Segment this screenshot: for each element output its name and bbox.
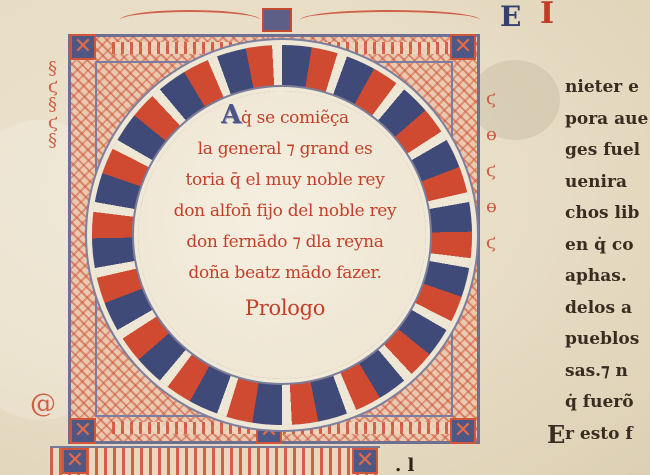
column-line: en q̇ co — [565, 230, 648, 262]
right-margin-flourish-icon: ϛɵϛɵϛ — [486, 90, 497, 252]
top-ornament-square — [262, 8, 292, 32]
column-line: aphas. — [565, 261, 648, 293]
parchment-stain — [470, 60, 560, 140]
column-line: ges fuel — [565, 135, 648, 167]
column-line: nieter e — [565, 72, 648, 104]
top-flourish-left — [120, 10, 260, 30]
cross-corner-bottom-right-icon: ✕ — [450, 418, 476, 444]
column-line: pora aue — [565, 104, 648, 136]
rubric-line-2: la general ⁊ grand es — [150, 134, 420, 165]
red-initial-i: I — [540, 0, 554, 31]
manuscript-page: ✕ ✕ ✕ ✕ ✕ Aq̇ se comiẽça la general ⁊ gr… — [0, 0, 650, 475]
cross-corner-top-left-icon: ✕ — [70, 34, 96, 60]
cross-corner-top-right-icon: ✕ — [450, 34, 476, 60]
lower-ornament-band — [50, 446, 380, 475]
column-line: Er esto f — [565, 419, 648, 451]
spiral-flourish-icon: @ — [30, 395, 56, 413]
medallion-rubric: Aq̇ se comiẽça la general ⁊ grand es tor… — [150, 100, 420, 324]
column-line: delos a — [565, 293, 648, 325]
top-flourish-right — [300, 10, 480, 30]
blue-initial-e: E — [500, 0, 521, 33]
blue-initial-letter: A — [221, 100, 241, 130]
cross-corner-lower-right-icon: ✕ — [352, 448, 378, 474]
prologo-heading: Prologo — [150, 293, 420, 324]
column-line-text: r esto f — [565, 424, 633, 444]
rubric-line-3: toria q̄ el muy noble rey — [150, 165, 420, 196]
rubric-line-5: don fernādo ⁊ dla reyna — [150, 227, 420, 258]
right-text-column: nieter e pora aue ges fuel uenira chos l… — [565, 72, 648, 450]
column-line: chos lib — [565, 198, 648, 230]
rubric-line-1-text: q̇ se comiẽça — [241, 108, 349, 128]
rubric-line-4: don alfon̄ fijo del noble rey — [150, 196, 420, 227]
column-line: pueblos — [565, 324, 648, 356]
cross-corner-lower-left-icon: ✕ — [62, 448, 88, 474]
cross-corner-bottom-left-icon: ✕ — [70, 418, 96, 444]
rubric-line-6: doña beatz mādo fazer. — [150, 258, 420, 289]
bottom-text-fragment: . l — [395, 455, 414, 475]
paragraph-mark: E — [547, 419, 565, 451]
column-line: sas.⁊ n — [565, 356, 648, 388]
rubric-line-1: Aq̇ se comiẽça — [150, 100, 420, 134]
column-line: q̇ fuerõ — [565, 387, 648, 419]
column-line: uenira — [565, 167, 648, 199]
left-margin-flourish-icon: §ϛ§ϛ§ — [48, 60, 58, 150]
